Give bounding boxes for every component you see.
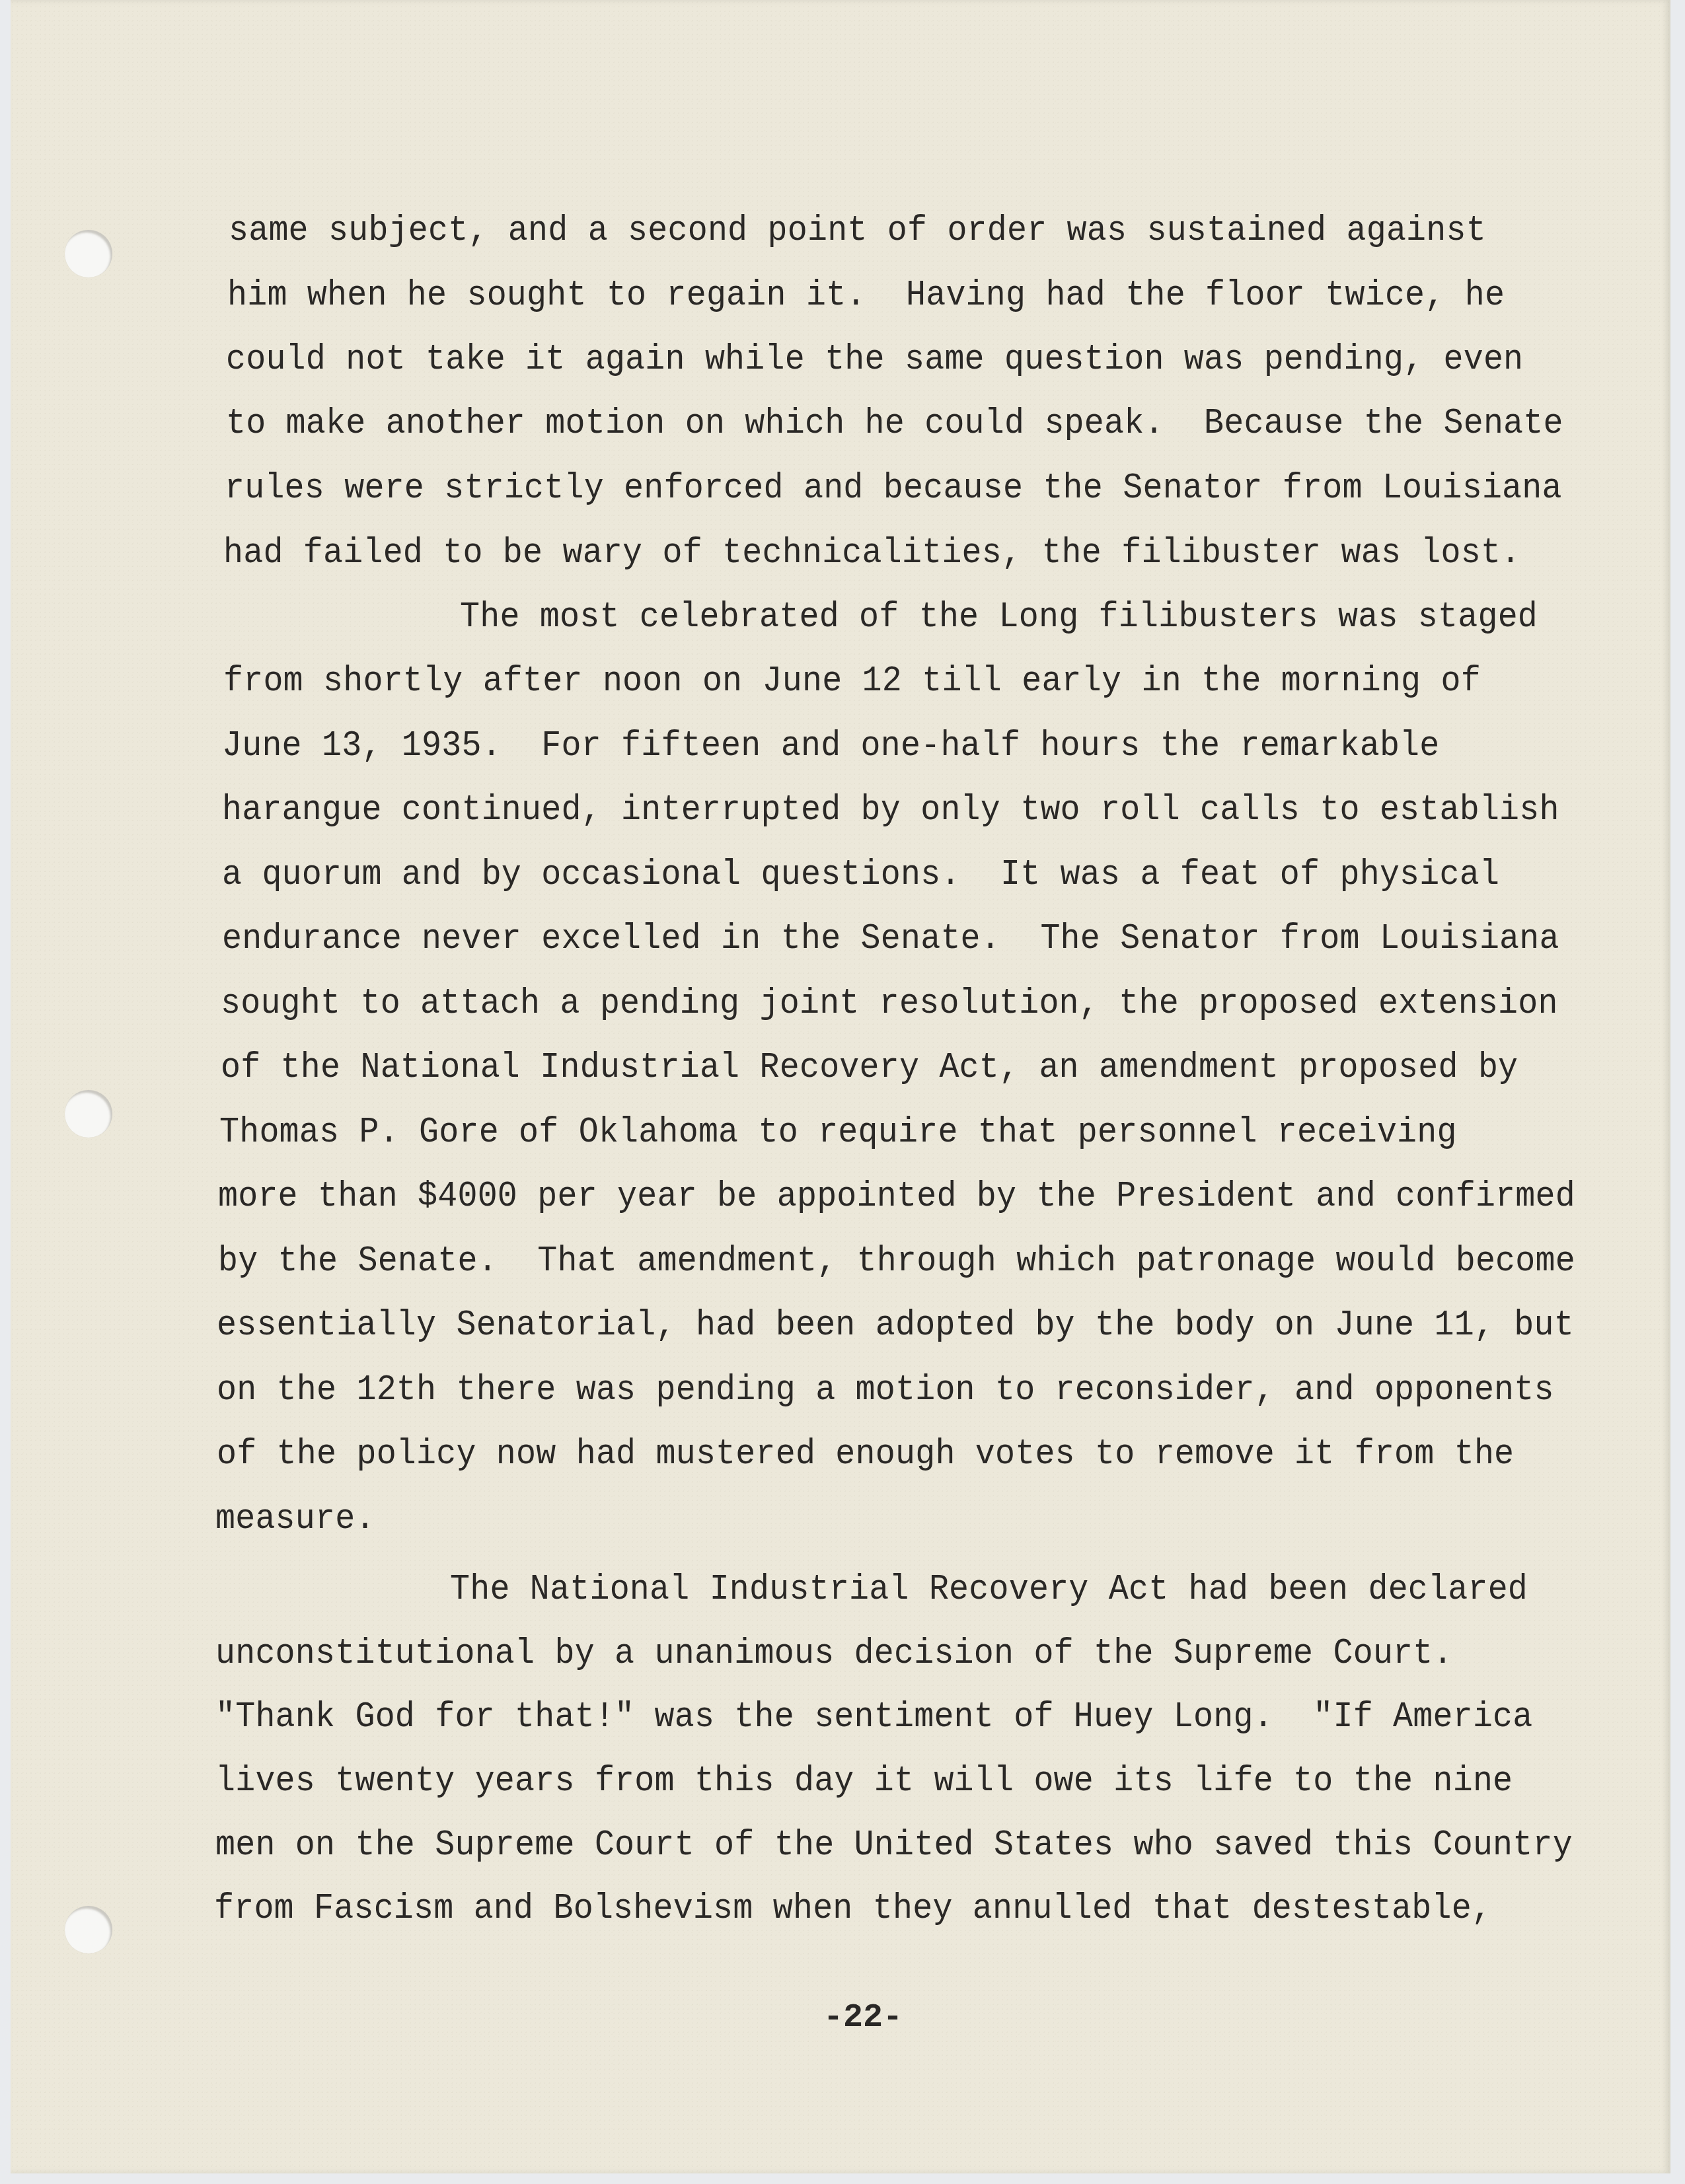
text-line: measure. (215, 1498, 375, 1541)
text-line: "Thank God for that!" was the sentiment … (215, 1696, 1533, 1739)
text-line: could not take it again while the same q… (226, 339, 1523, 382)
binder-hole-middle (65, 1090, 112, 1138)
text-line: Thomas P. Gore of Oklahoma to require th… (219, 1112, 1457, 1155)
text-line: had failed to be wary of technicalities,… (223, 532, 1520, 575)
paragraph-start-line: The National Industrial Recovery Act had… (450, 1569, 1528, 1612)
text-line: from Fascism and Bolshevism when they an… (214, 1888, 1491, 1931)
text-line: by the Senate. That amendment, through w… (218, 1241, 1575, 1284)
text-line: of the policy now had mustered enough vo… (217, 1434, 1514, 1476)
document-page: same subject, and a second point of orde… (11, 0, 1670, 2173)
text-line: unconstitutional by a unanimous decision… (215, 1633, 1453, 1676)
binder-hole-top (65, 230, 112, 277)
text-line: lives twenty years from this day it will… (215, 1761, 1513, 1803)
text-line: men on the Supreme Court of the United S… (215, 1825, 1573, 1868)
text-line: a quorum and by occasional questions. It… (222, 854, 1499, 897)
paragraph-start-line: The most celebrated of the Long filibust… (460, 597, 1538, 639)
text-line: from shortly after noon on June 12 till … (223, 661, 1481, 704)
text-line: June 13, 1935. For fifteen and one-half … (222, 725, 1440, 768)
text-line: harangue continued, interrupted by only … (222, 789, 1559, 832)
page-number: -22- (823, 1998, 903, 2038)
text-line: on the 12th there was pending a motion t… (217, 1369, 1554, 1412)
text-line: same subject, and a second point of orde… (229, 210, 1486, 253)
text-line: rules were strictly enforced and because… (225, 468, 1562, 511)
binder-hole-bottom (65, 1906, 112, 1953)
text-line: of the National Industrial Recovery Act,… (221, 1047, 1518, 1090)
text-line: to make another motion on which he could… (226, 403, 1563, 446)
text-line: endurance never excelled in the Senate. … (222, 918, 1559, 961)
text-line: him when he sought to regain it. Having … (227, 275, 1505, 318)
text-line: essentially Senatorial, had been adopted… (217, 1305, 1574, 1348)
text-line: sought to attach a pending joint resolut… (221, 983, 1558, 1026)
text-line: more than $4000 per year be appointed by… (218, 1176, 1575, 1219)
